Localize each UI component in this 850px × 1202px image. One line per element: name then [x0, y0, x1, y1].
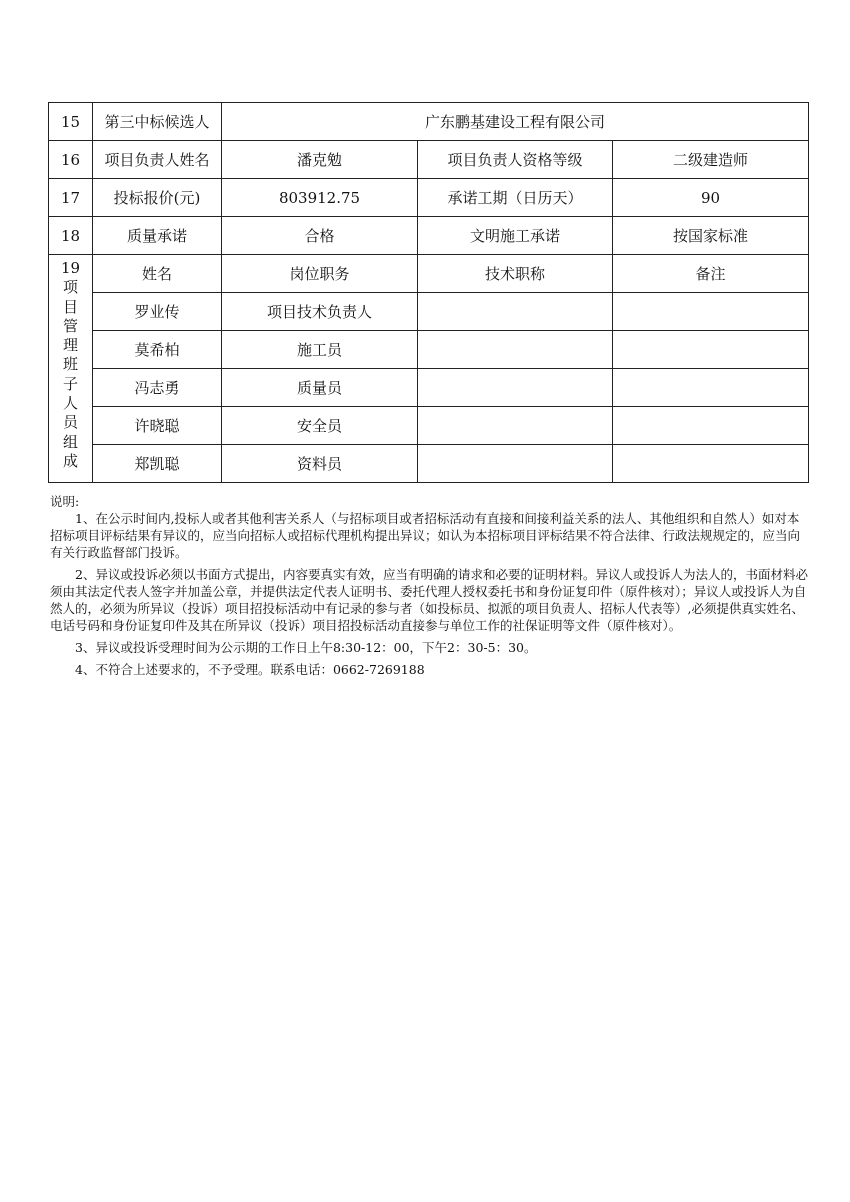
table-row: 18 质量承诺 合格 文明施工承诺 按国家标准 [49, 217, 809, 255]
row-label: 投标报价(元) [93, 179, 222, 217]
table-row: 17 投标报价(元) 803912.75 承诺工期（日历天） 90 [49, 179, 809, 217]
note-item: 3、异议或投诉受理时间为公示期的工作日上午8:30-12：00，下午2：30-5… [50, 639, 810, 656]
member-title [418, 445, 613, 483]
row-label: 文明施工承诺 [418, 217, 613, 255]
member-name: 冯志勇 [93, 369, 222, 407]
quality-commitment: 合格 [222, 217, 418, 255]
member-title [418, 331, 613, 369]
table-row: 莫希柏 施工员 [49, 331, 809, 369]
table-row: 郑凯聪 资料员 [49, 445, 809, 483]
member-title [418, 407, 613, 445]
row-label: 第三中标候选人 [93, 103, 222, 141]
member-position: 安全员 [222, 407, 418, 445]
member-name: 莫希柏 [93, 331, 222, 369]
member-name: 许晓聪 [93, 407, 222, 445]
member-position: 施工员 [222, 331, 418, 369]
bid-candidate-table: 15 第三中标候选人 广东鹏基建设工程有限公司 16 项目负责人姓名 潘克勉 项… [48, 102, 809, 483]
member-note [613, 293, 809, 331]
construction-period: 90 [613, 179, 809, 217]
column-header: 技术职称 [418, 255, 613, 293]
note-item: 4、不符合上述要求的，不予受理。联系电话：0662-7269188 [50, 661, 810, 678]
row-label: 承诺工期（日历天） [418, 179, 613, 217]
row-number: 16 [49, 141, 93, 179]
manager-name: 潘克勉 [222, 141, 418, 179]
column-header: 备注 [613, 255, 809, 293]
member-position: 项目技术负责人 [222, 293, 418, 331]
table-row: 15 第三中标候选人 广东鹏基建设工程有限公司 [49, 103, 809, 141]
notes-section: 说明: 1、在公示时间内,投标人或者其他利害关系人（与招标项目或者招标活动有直接… [50, 493, 810, 678]
manager-qualification: 二级建造师 [613, 141, 809, 179]
member-position: 资料员 [222, 445, 418, 483]
table-row: 罗业传 项目技术负责人 [49, 293, 809, 331]
column-header: 岗位职务 [222, 255, 418, 293]
row-label: 质量承诺 [93, 217, 222, 255]
member-name: 郑凯聪 [93, 445, 222, 483]
civilized-construction: 按国家标准 [613, 217, 809, 255]
member-note [613, 331, 809, 369]
row-label: 项目负责人资格等级 [418, 141, 613, 179]
bid-price: 803912.75 [222, 179, 418, 217]
row-number: 17 [49, 179, 93, 217]
table-row: 许晓聪 安全员 [49, 407, 809, 445]
notes-heading: 说明: [50, 493, 810, 510]
row-number: 15 [49, 103, 93, 141]
note-item: 1、在公示时间内,投标人或者其他利害关系人（与招标项目或者招标活动有直接和间接利… [50, 510, 810, 561]
row-number: 18 [49, 217, 93, 255]
note-item: 2、异议或投诉必须以书面方式提出，内容要真实有效，应当有明确的请求和必要的证明材… [50, 566, 810, 634]
member-name: 罗业传 [93, 293, 222, 331]
member-note [613, 369, 809, 407]
candidate-company: 广东鹏基建设工程有限公司 [222, 103, 809, 141]
column-header: 姓名 [93, 255, 222, 293]
table-row: 19 项 目 管 理 班 子 人 员 组 成 姓名 岗位职务 技术职称 备注 [49, 255, 809, 293]
member-note [613, 407, 809, 445]
table-row: 16 项目负责人姓名 潘克勉 项目负责人资格等级 二级建造师 [49, 141, 809, 179]
team-vertical-label: 19 项 目 管 理 班 子 人 员 组 成 [49, 255, 93, 483]
member-title [418, 293, 613, 331]
member-title [418, 369, 613, 407]
row-label: 项目负责人姓名 [93, 141, 222, 179]
member-position: 质量员 [222, 369, 418, 407]
member-note [613, 445, 809, 483]
table-row: 冯志勇 质量员 [49, 369, 809, 407]
